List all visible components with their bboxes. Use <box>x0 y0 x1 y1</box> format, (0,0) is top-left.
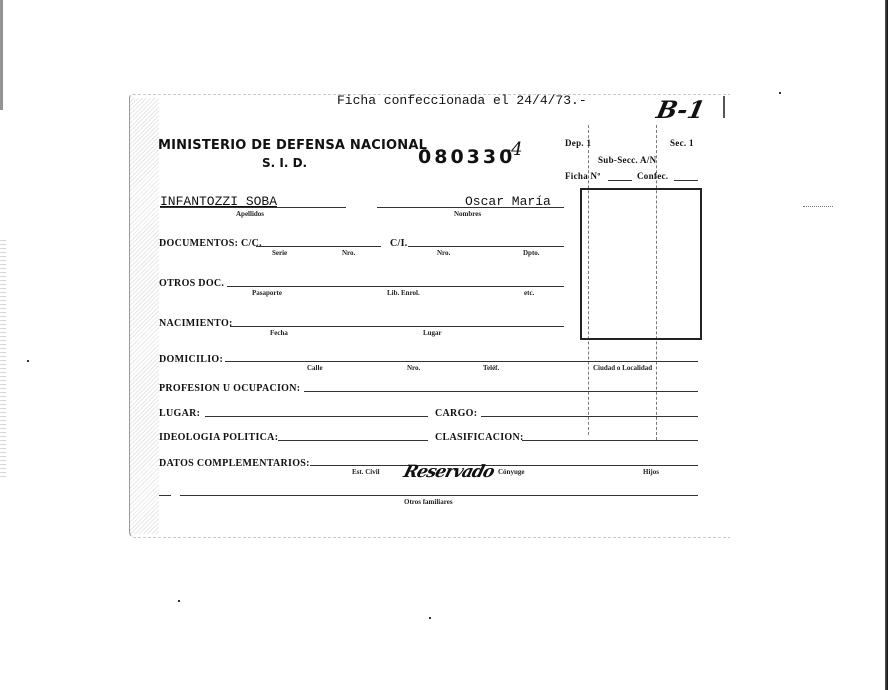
telef-caption: Teléf. <box>483 364 499 372</box>
cargo-line <box>481 416 698 417</box>
dep-value: 1 <box>587 138 592 148</box>
lugar-nac-caption: Lugar <box>423 329 442 337</box>
scan-mark <box>803 206 833 207</box>
datos-complementarios-line <box>310 465 698 466</box>
serie-caption: Serie <box>272 249 287 257</box>
ficha-no-label: Ficha Nº <box>565 171 601 181</box>
otros-familiares-caption: Otros familiares <box>404 498 453 506</box>
etc-caption: etc. <box>524 289 534 297</box>
scan-speck <box>27 360 29 362</box>
sec-field: Sec. 1 <box>670 138 694 148</box>
profesion-label: PROFESION U OCUPACION: <box>159 383 300 394</box>
scan-speckle-left <box>0 240 6 480</box>
sec-label: Sec. <box>670 138 686 148</box>
confec-line <box>674 180 698 181</box>
otros-doc-label: OTROS DOC. <box>159 278 224 289</box>
hijos-caption: Hijos <box>643 468 659 476</box>
cc-line <box>256 246 381 247</box>
lugar-line <box>205 416 428 417</box>
domicilio-label: DOMICILIO: <box>159 354 223 365</box>
scan-speck <box>779 92 781 94</box>
conyuge-caption: Cónyuge <box>498 468 524 476</box>
handwritten-reference: B-1 <box>654 95 708 124</box>
dpto-caption: Dpto. <box>523 249 540 257</box>
ficha-number: 080330 <box>418 146 515 168</box>
nacimiento-line <box>230 326 564 327</box>
lib-enrol-caption: Lib. Enrol. <box>387 289 420 297</box>
dom-nro-caption: Nro. <box>407 364 420 372</box>
sec-value: 1 <box>689 138 694 148</box>
card-edge-shading <box>129 98 159 534</box>
cargo-label: CARGO: <box>435 408 477 419</box>
datos-complementarios-label: DATOS COMPLEMENTARIOS: <box>159 458 310 469</box>
dep-field: Dep. 1 <box>565 138 591 148</box>
est-civil-handwritten: Reservado <box>401 462 496 482</box>
ideologia-line <box>278 440 428 441</box>
apellidos-line <box>160 207 346 208</box>
card-corner-mark <box>720 96 725 118</box>
documentos-label: DOCUMENTOS: C/C. <box>159 238 262 249</box>
ci-label: C/I. <box>390 238 408 249</box>
apellidos-caption: Apellidos <box>236 210 264 218</box>
otros-familiares-line-start <box>159 495 171 496</box>
photo-box <box>580 188 702 340</box>
clasificacion-line <box>522 440 698 441</box>
profesion-line <box>304 391 698 392</box>
scan-edge-right <box>885 0 888 690</box>
nombres-caption: Nombres <box>454 210 481 218</box>
scan-edge-left <box>0 0 3 110</box>
clasificacion-label: CLASIFICACION: <box>435 432 524 443</box>
ci-line <box>408 246 564 247</box>
ficha-number-suffix: -4 <box>505 139 523 160</box>
lugar-label: LUGAR: <box>159 408 200 419</box>
pasaporte-caption: Pasaporte <box>252 289 282 297</box>
scan-speck <box>178 600 180 602</box>
subsecc: Sub-Secc. A/N <box>598 155 656 165</box>
ficha-no-line <box>608 180 632 181</box>
est-civil-caption: Est. Civil <box>352 468 380 476</box>
ministry-title: MINISTERIO DE DEFENSA NACIONAL <box>158 138 427 153</box>
nacimiento-label: NACIMIENTO: <box>159 318 233 329</box>
domicilio-line <box>225 361 698 362</box>
otros-familiares-line <box>180 495 698 496</box>
otros-doc-line <box>227 286 564 287</box>
fecha-confeccion: Ficha confeccionada el 24/4/73.- <box>337 93 587 108</box>
fecha-caption: Fecha <box>270 329 288 337</box>
ci-nro-caption: Nro. <box>437 249 450 257</box>
dep-label: Dep. <box>565 138 584 148</box>
nombres-line <box>377 207 564 208</box>
confec-label: Confec. <box>637 171 668 181</box>
nro-caption: Nro. <box>342 249 355 257</box>
calle-caption: Calle <box>307 364 323 372</box>
ciudad-caption: Ciudad o Localidad <box>593 364 652 372</box>
unit-title: S. I. D. <box>262 156 307 170</box>
scan-speck <box>429 617 431 619</box>
ideologia-label: IDEOLOGIA POLITICA: <box>159 432 278 443</box>
